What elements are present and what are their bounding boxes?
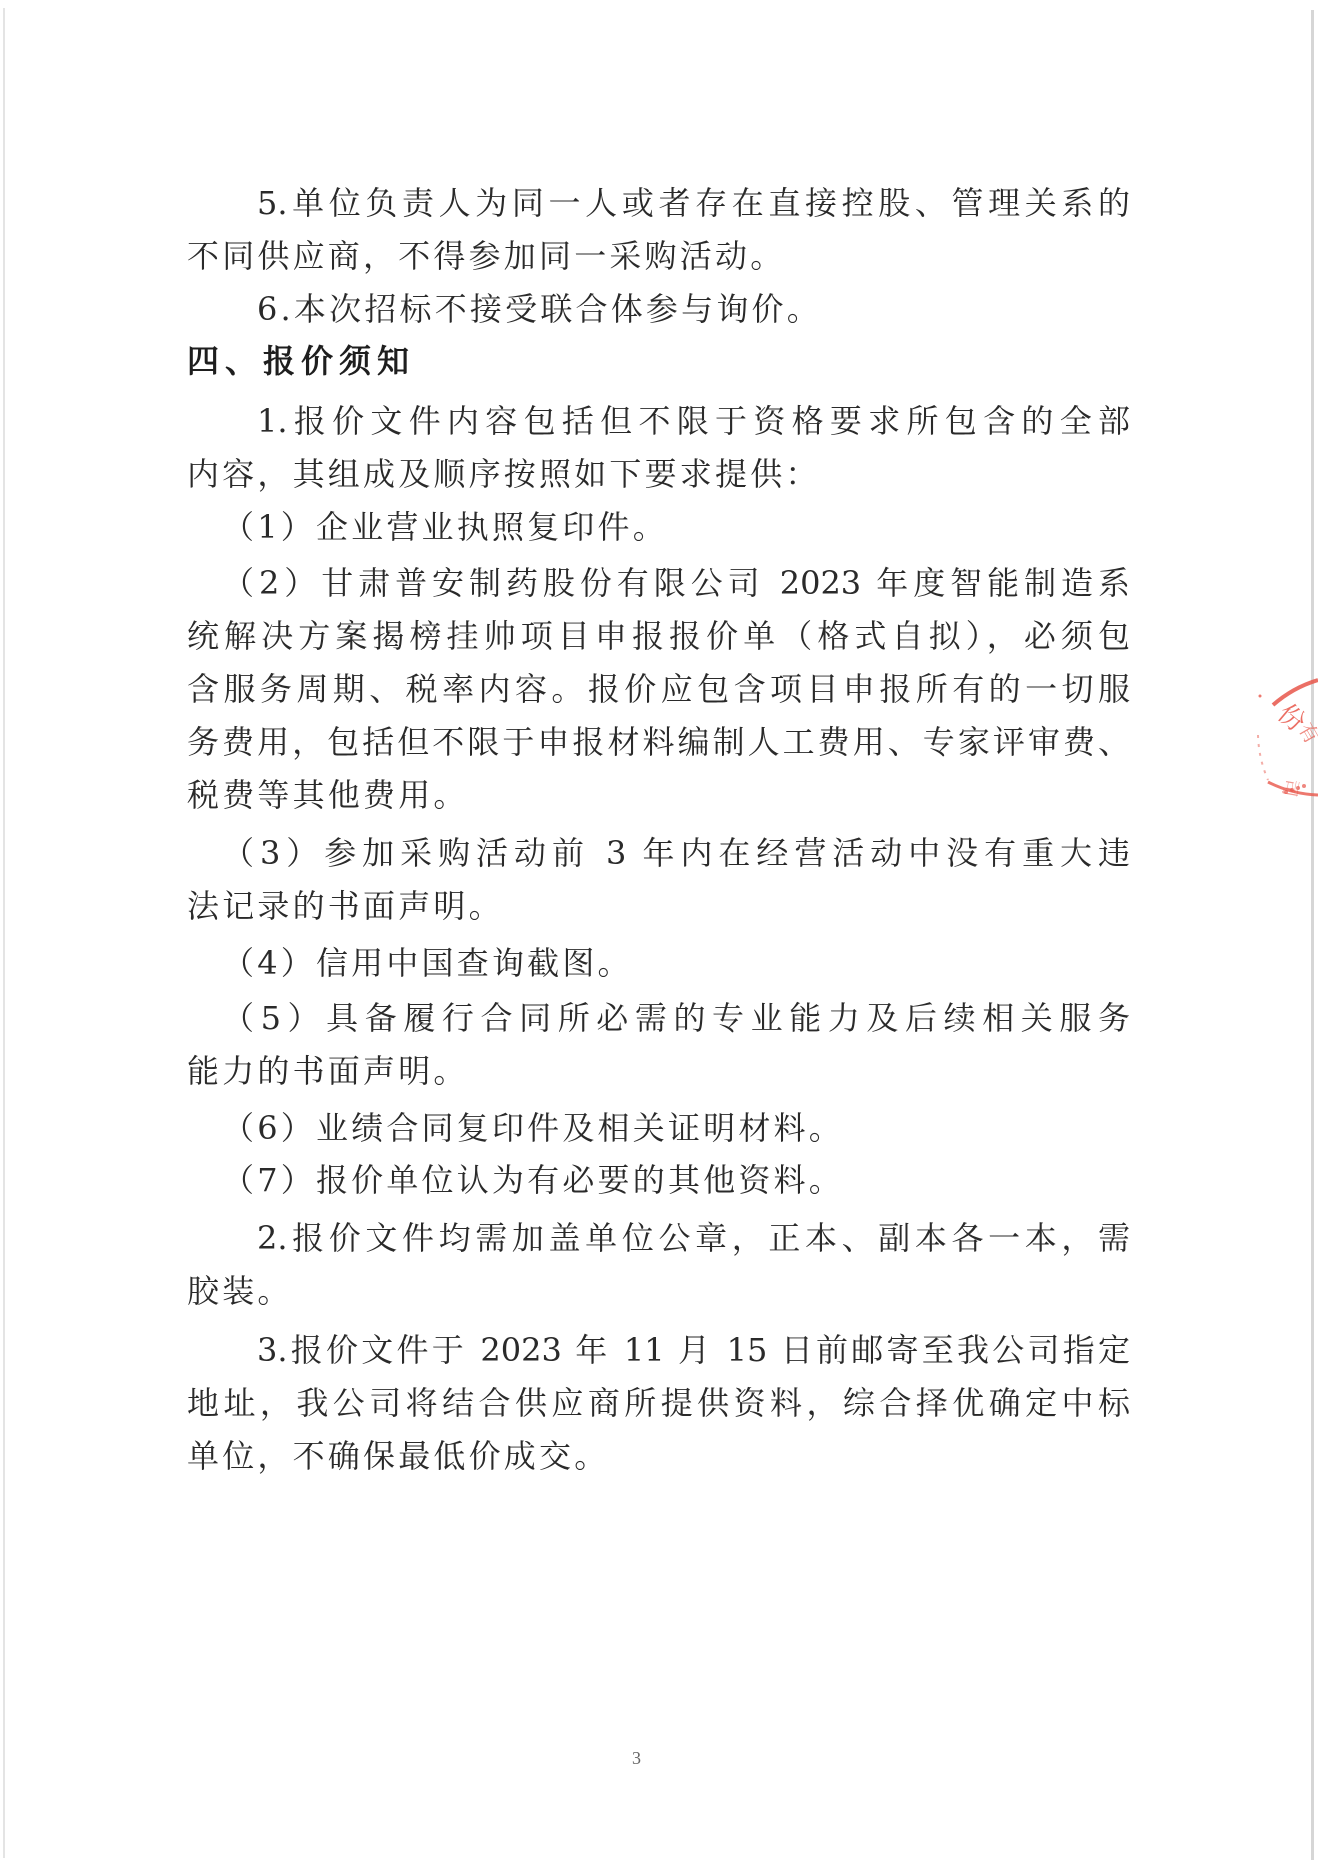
list-item: （3）参加采购活动前 3 年内在经营活动中没有重大违 <box>222 833 1130 873</box>
list-item: （5）具备履行合同所必需的专业能力及后续相关服务 <box>222 998 1130 1038</box>
page-edge-right <box>1311 10 1314 1860</box>
paragraph-line: 能力的书面声明。 <box>187 1051 469 1091</box>
paragraph-line: 法记录的书面声明。 <box>187 886 504 926</box>
paragraph-line: 1.报价文件内容包括但不限于资格要求所包含的全部 <box>257 401 1130 441</box>
company-seal-icon: 份 有 司 <box>1238 670 1318 800</box>
paragraph-line: 单位，不确保最低价成交。 <box>187 1436 609 1476</box>
list-item: （1）企业营业执照复印件。 <box>222 507 668 547</box>
paragraph-line: 内容，其组成及顺序按照如下要求提供： <box>187 454 821 494</box>
svg-text:份: 份 <box>1272 698 1311 738</box>
section-heading: 四、报价须知 <box>187 341 415 381</box>
list-item: （7）报价单位认为有必要的其他资料。 <box>222 1160 844 1200</box>
paragraph-line: 3.报价文件于 2023 年 11 月 15 日前邮寄至我公司指定 <box>257 1330 1130 1370</box>
paragraph-line: 务费用，包括但不限于申报材料编制人工费用、专家评审费、 <box>187 722 1130 762</box>
paragraph-line: 2.报价文件均需加盖单位公章，正本、副本各一本，需 <box>257 1218 1130 1258</box>
list-item: （6）业绩合同复印件及相关证明材料。 <box>222 1108 844 1148</box>
page-number: 3 <box>632 1748 641 1769</box>
paragraph-line: 统解决方案揭榜挂帅项目申报报价单（格式自拟），必须包 <box>187 616 1130 656</box>
list-item: （4）信用中国查询截图。 <box>222 943 633 983</box>
paragraph-line: 含服务周期、税率内容。报价应包含项目申报所有的一切服 <box>187 669 1130 709</box>
svg-text:司: 司 <box>1278 777 1302 798</box>
list-item: （2）甘肃普安制药股份有限公司 2023 年度智能制造系 <box>222 563 1130 603</box>
paragraph-line: 胶装。 <box>187 1271 293 1311</box>
paragraph-line: 6.本次招标不接受联合体参与询价。 <box>257 289 822 329</box>
paragraph-line: 5.单位负责人为同一人或者存在直接控股、管理关系的 <box>257 183 1130 223</box>
paragraph-line: 不同供应商，不得参加同一采购活动。 <box>187 236 785 276</box>
paragraph-line: 地址，我公司将结合供应商所提供资料，综合择优确定中标 <box>187 1383 1130 1423</box>
svg-text:有: 有 <box>1294 719 1318 748</box>
page-edge-left <box>3 8 5 1858</box>
paragraph-line: 税费等其他费用。 <box>187 775 469 815</box>
